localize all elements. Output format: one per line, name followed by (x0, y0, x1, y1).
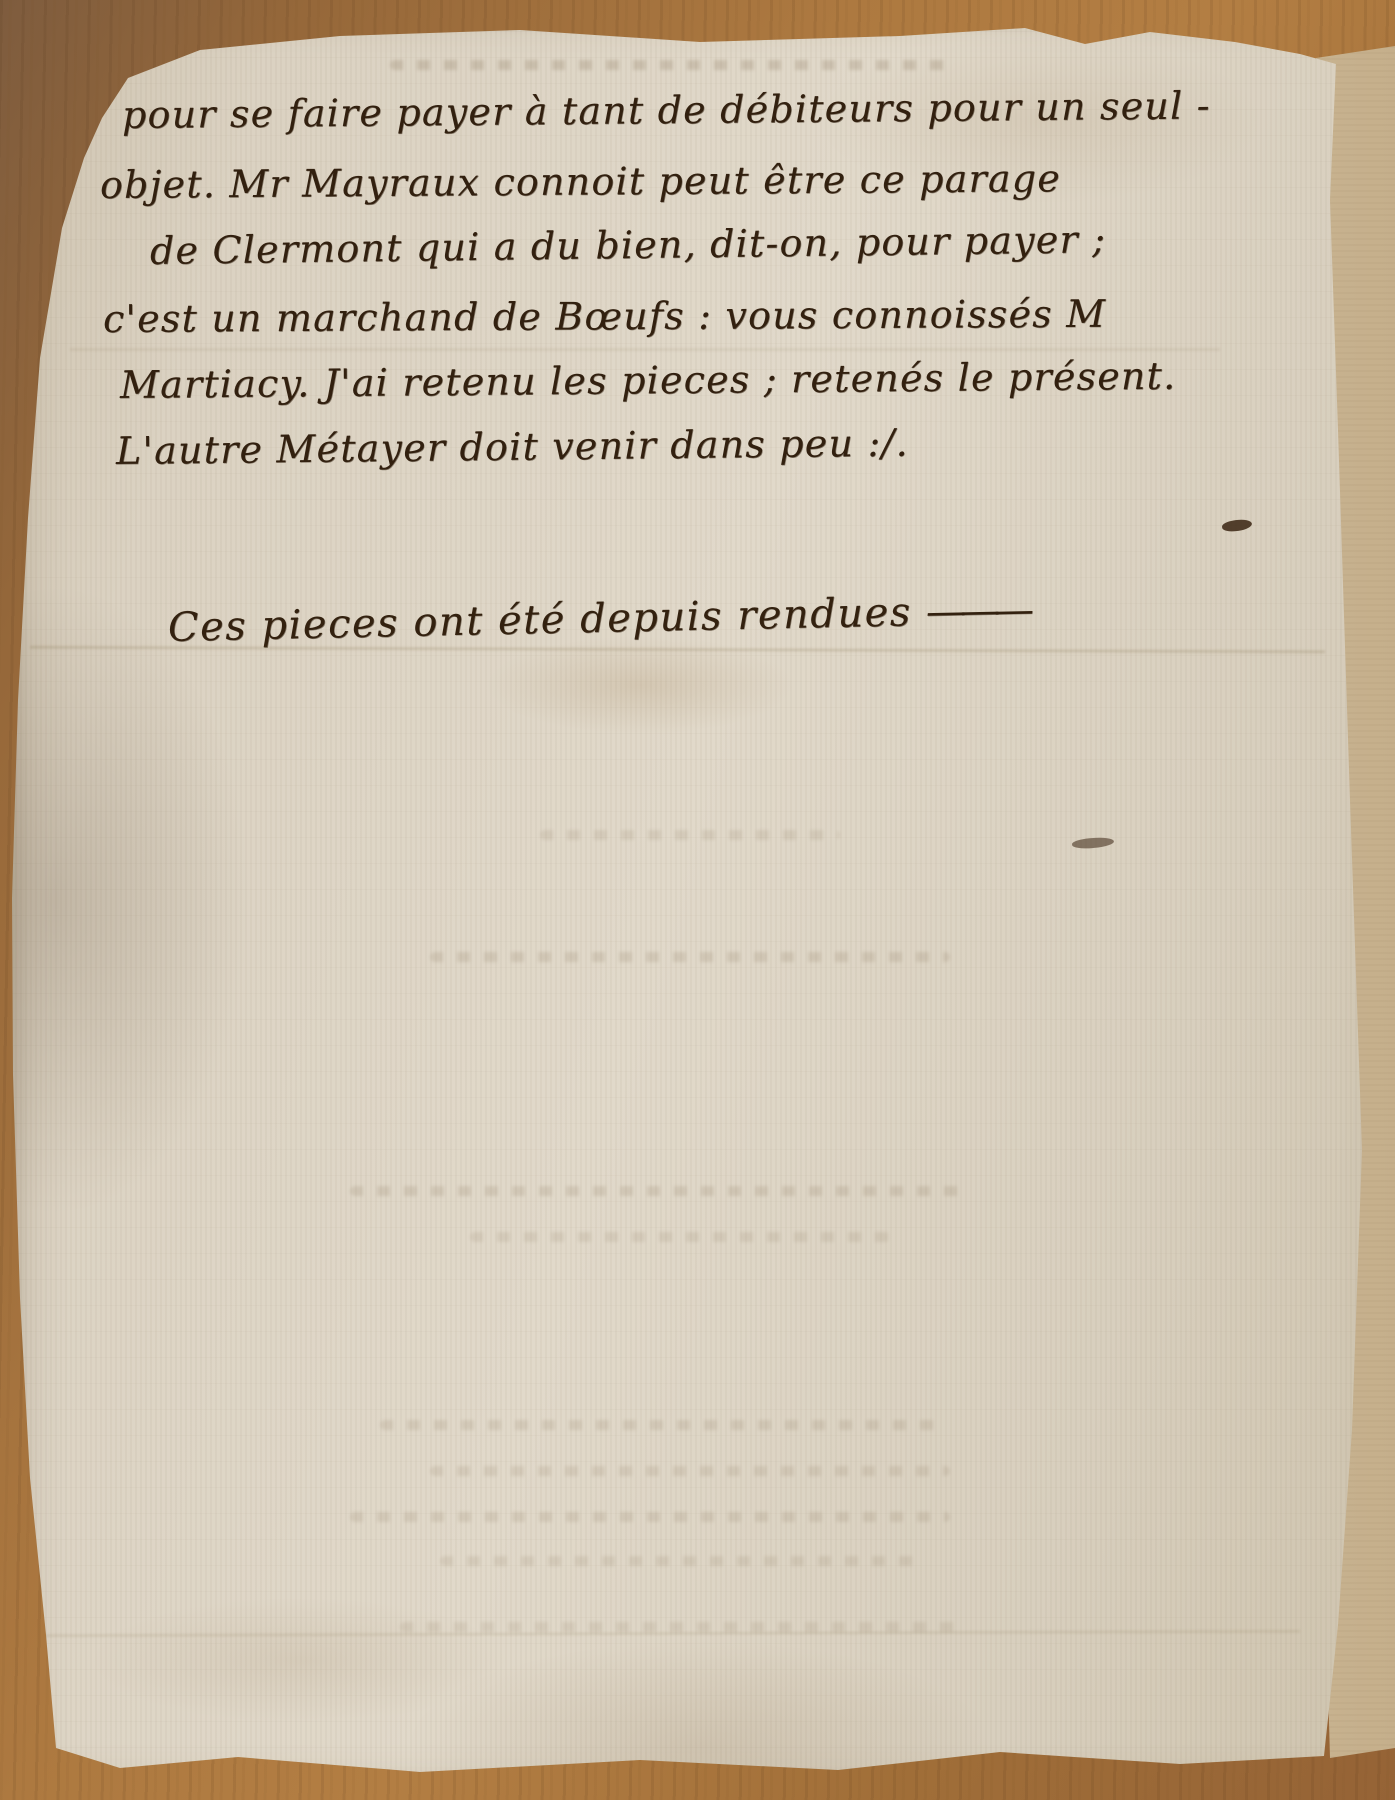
ink-smudge (1221, 518, 1252, 533)
manuscript-line-2: objet. Mr Mayraux connoit peut être ce p… (100, 159, 1061, 204)
bleed-through-text (430, 952, 950, 962)
flourish-dash: ——— (925, 587, 1028, 635)
bleed-through-text (390, 60, 950, 70)
manuscript-line-4: c'est un marchand de Bœufs : vous connoi… (103, 295, 1107, 338)
manuscript-line-5: Martiacy. J'ai retenu les pieces ; reten… (120, 357, 1177, 404)
annotation-line: Ces pieces ont été depuis rendues——— (168, 590, 1029, 648)
bleed-through-text (440, 1556, 920, 1566)
manuscript-line-3: de Clermont qui a du bien, dit-on, pour … (150, 220, 1107, 270)
bleed-through-text (540, 830, 840, 840)
bleed-through-text (430, 1466, 950, 1476)
bleed-through-text (350, 1512, 950, 1522)
bleed-through-text (470, 1232, 890, 1242)
manuscript-page: pour se faire payer à tant de débiteurs … (0, 0, 1395, 1800)
bleed-through-text (380, 1420, 940, 1430)
manuscript-line-6: L'autre Métayer doit venir dans peu :/. (116, 424, 909, 470)
paper-crease (70, 348, 1220, 351)
bleed-through-text (350, 1186, 970, 1196)
annotation-text: Ces pieces ont été depuis rendues (168, 589, 913, 651)
ink-smudge (1072, 836, 1115, 850)
manuscript-line-1: pour se faire payer à tant de débiteurs … (122, 87, 1211, 134)
